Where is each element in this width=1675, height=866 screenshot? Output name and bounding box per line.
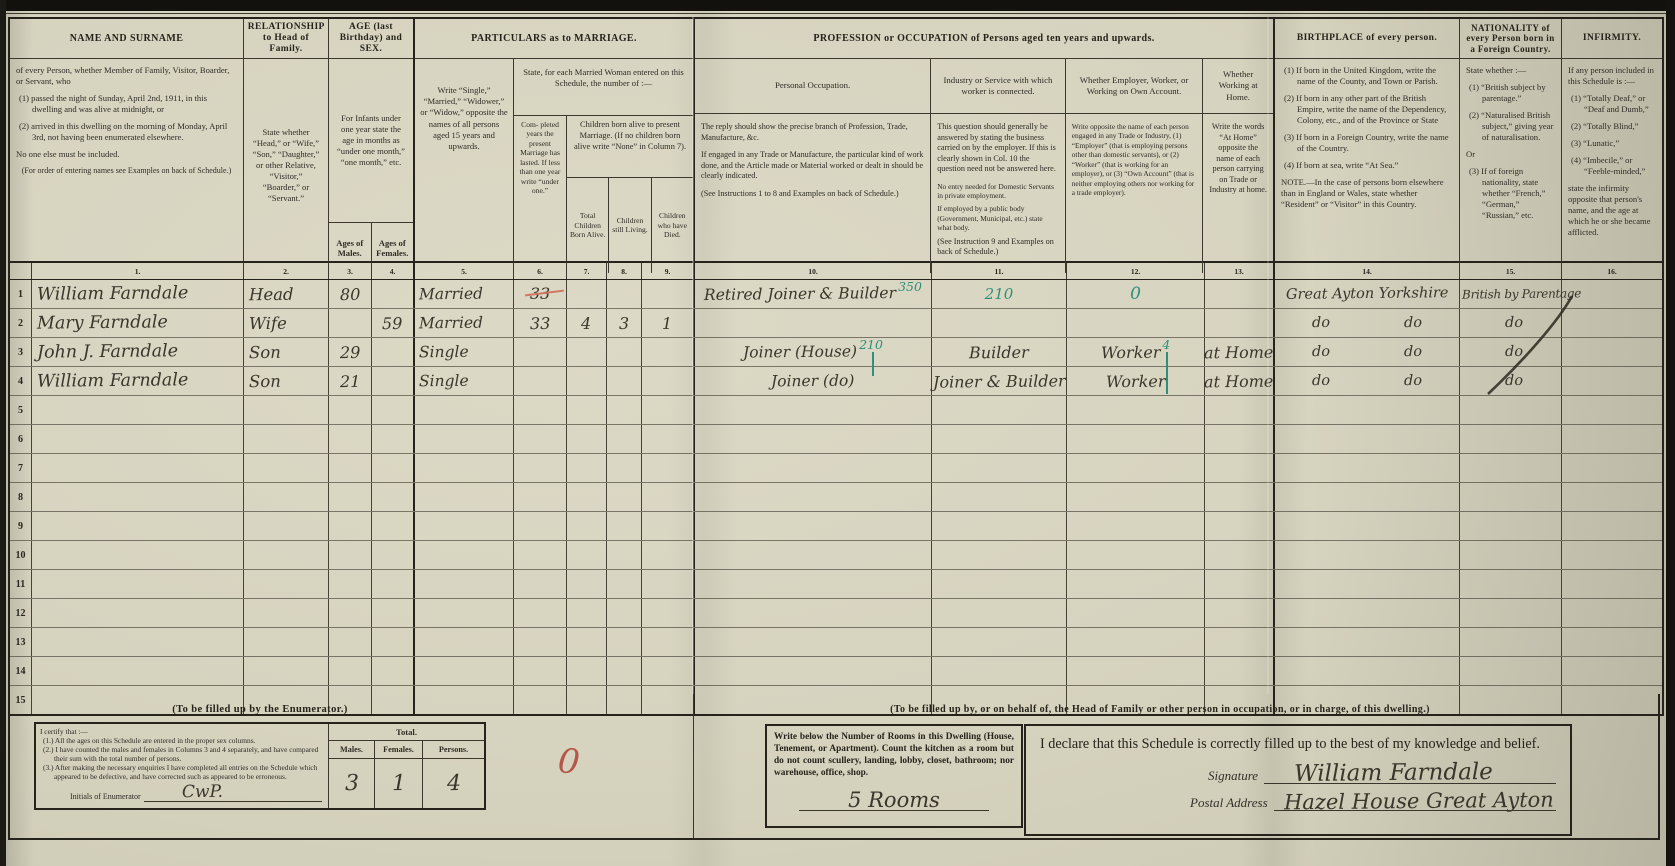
scan-edge-left bbox=[0, 0, 6, 866]
cell-infirmity bbox=[1562, 280, 1662, 308]
cell-years-married bbox=[514, 657, 567, 685]
relationship-title: RELATIONSHIP to Head of Family. bbox=[244, 19, 328, 59]
schedule-row-1: 1William FarndaleHead80Married33Retired … bbox=[10, 280, 1662, 309]
handwriting: 33 bbox=[530, 284, 550, 303]
married-woman-instructions: State, for each Married Woman entered on… bbox=[514, 59, 693, 115]
personal-occupation-label: Personal Occupation. bbox=[695, 59, 930, 114]
cell-name: Mary Farndale bbox=[32, 309, 244, 337]
handwriting: 21 bbox=[340, 371, 361, 390]
schedule-row-14: 14 bbox=[10, 657, 1662, 686]
census-schedule-scan: NAME AND SURNAME of every Person, whethe… bbox=[0, 0, 1675, 866]
marital-status-instructions: Write “Single,” “Married,” “Widower,” or… bbox=[415, 59, 514, 273]
initials-line: CwP. bbox=[144, 787, 322, 802]
cell-industry bbox=[932, 309, 1067, 337]
cell-occupation bbox=[695, 628, 932, 656]
cell-children-died bbox=[642, 657, 695, 685]
handwriting: Head bbox=[244, 284, 294, 304]
persons-label: Persons. bbox=[423, 741, 484, 758]
cell-age-females bbox=[372, 541, 415, 569]
cell-occupation: Retired Joiner & Builder350 bbox=[695, 280, 932, 308]
cell-age-males: 29 bbox=[329, 338, 372, 366]
cell-marital-status bbox=[415, 454, 514, 482]
row-number: 6 bbox=[10, 425, 32, 453]
cell-children-born bbox=[567, 367, 607, 395]
handwriting: Mary Farndale bbox=[32, 312, 168, 333]
cell-nationality bbox=[1460, 657, 1562, 685]
cell-children-died bbox=[642, 541, 695, 569]
cell-marital-status bbox=[415, 541, 514, 569]
cell-nationality bbox=[1460, 541, 1562, 569]
cell-nationality bbox=[1460, 570, 1562, 598]
handwriting: Wife bbox=[244, 313, 287, 332]
cell-infirmity bbox=[1562, 454, 1662, 482]
cell-employment-status bbox=[1067, 628, 1205, 656]
column-header-marriage: PARTICULARS as to MARRIAGE. Write “Singl… bbox=[415, 19, 695, 273]
marriage-subheaders: Write “Single,” “Married,” “Widower,” or… bbox=[415, 59, 693, 273]
signature-row: Signature William Farndale bbox=[1208, 767, 1556, 784]
handwriting: Joiner (House) bbox=[743, 342, 857, 361]
postal-address-label: Postal Address bbox=[1190, 795, 1268, 811]
schedule-row-9: 9 bbox=[10, 512, 1662, 541]
red-struck-value: 33 bbox=[530, 284, 550, 304]
cell-infirmity bbox=[1562, 396, 1662, 424]
column-header-occupation: PROFESSION or OCCUPATION of Persons aged… bbox=[695, 19, 1275, 273]
cell-children-died bbox=[642, 599, 695, 627]
industry-description: This question should generally be answer… bbox=[931, 114, 1065, 273]
cell-age-males bbox=[329, 454, 372, 482]
cell-birthplace bbox=[1275, 541, 1460, 569]
column-header-infirmity: INFIRMITY. If any person included in thi… bbox=[1562, 19, 1662, 273]
cell-age-females bbox=[372, 367, 415, 395]
cell-children-born: 4 bbox=[567, 309, 607, 337]
females-label: Females. bbox=[375, 741, 423, 758]
schedule-row-10: 10 bbox=[10, 541, 1662, 570]
cell-years-married bbox=[514, 570, 567, 598]
cell-relationship bbox=[244, 570, 329, 598]
cell-occupation bbox=[695, 483, 932, 511]
handwriting: Worker bbox=[1101, 342, 1161, 362]
schedule-row-13: 13 bbox=[10, 628, 1662, 657]
cell-name bbox=[32, 599, 244, 627]
handwriting: at Home bbox=[1204, 342, 1273, 362]
scan-edge-top bbox=[0, 0, 1675, 11]
employer-worker-label: Whether Employer, Worker, or Working on … bbox=[1066, 59, 1203, 114]
cell-relationship bbox=[244, 425, 329, 453]
cell-children-died: 1 bbox=[642, 309, 695, 337]
cell-children-living bbox=[607, 570, 642, 598]
handwriting: William Farndale bbox=[32, 370, 188, 392]
marriage-title: PARTICULARS as to MARRIAGE. bbox=[415, 19, 693, 59]
column-header-birthplace: BIRTHPLACE of every person. (1) If born … bbox=[1275, 19, 1460, 273]
ages-of-males-label: Ages of Males. bbox=[329, 223, 372, 273]
table-header: NAME AND SURNAME of every Person, whethe… bbox=[10, 19, 1662, 263]
table-body: 1William FarndaleHead80Married33Retired … bbox=[10, 280, 1662, 714]
cell-birthplace bbox=[1275, 512, 1460, 540]
handwriting: Joiner (do) bbox=[771, 372, 855, 391]
handwriting: Single bbox=[415, 343, 469, 362]
cell-years-married: 33 bbox=[514, 280, 567, 308]
cell-employment-status bbox=[1067, 657, 1205, 685]
cell-name bbox=[32, 541, 244, 569]
cell-children-born bbox=[567, 338, 607, 366]
enumerator-certification-text: I certify that :— (1.) All the ages on t… bbox=[36, 724, 329, 808]
cell-years-married bbox=[514, 512, 567, 540]
cell-age-males bbox=[329, 628, 372, 656]
cell-industry bbox=[932, 599, 1067, 627]
working-at-home-label: Whether Working at Home. bbox=[1203, 59, 1273, 114]
cell-nationality: do bbox=[1460, 338, 1562, 366]
cell-relationship: Head bbox=[244, 280, 329, 308]
cell-nationality: do bbox=[1460, 367, 1562, 395]
handwriting: 80 bbox=[340, 284, 361, 303]
personal-occupation-description: The reply should show the precise branch… bbox=[695, 114, 930, 273]
cell-children-born bbox=[567, 280, 607, 308]
cell-children-died bbox=[642, 570, 695, 598]
cell-children-born bbox=[567, 657, 607, 685]
cell-children-living bbox=[607, 280, 642, 308]
cell-name bbox=[32, 396, 244, 424]
cell-infirmity bbox=[1562, 338, 1662, 366]
cell-at-home bbox=[1205, 396, 1275, 424]
cell-relationship bbox=[244, 396, 329, 424]
column-header-nationality: NATIONALITY of every Person born in a Fo… bbox=[1460, 19, 1562, 273]
handwriting: Builder bbox=[969, 342, 1029, 362]
cell-children-living bbox=[607, 512, 642, 540]
row-number: 13 bbox=[10, 628, 32, 656]
handwriting: Single bbox=[415, 372, 469, 391]
name-title: NAME AND SURNAME bbox=[10, 19, 243, 59]
cell-employment-status bbox=[1067, 541, 1205, 569]
cell-relationship bbox=[244, 512, 329, 540]
cell-years-married bbox=[514, 541, 567, 569]
children-living-label: Children still Living. bbox=[609, 178, 651, 273]
cell-age-males bbox=[329, 309, 372, 337]
postal-address-handwriting: Hazel House Great Ayton bbox=[1284, 788, 1554, 815]
cell-employment-status bbox=[1067, 454, 1205, 482]
cell-children-living bbox=[607, 396, 642, 424]
handwriting: William Farndale bbox=[32, 283, 188, 305]
cell-age-females bbox=[372, 454, 415, 482]
males-label: Males. bbox=[329, 741, 375, 758]
cell-birthplace: Great Ayton Yorkshire bbox=[1275, 280, 1460, 308]
handwriting: Retired Joiner & Builder bbox=[704, 284, 896, 304]
enumerator-initials-handwriting: CwP. bbox=[182, 782, 223, 803]
column-header-name: NAME AND SURNAME of every Person, whethe… bbox=[10, 19, 244, 273]
cell-at-home bbox=[1205, 570, 1275, 598]
row-number: 11 bbox=[10, 570, 32, 598]
row-number: 12 bbox=[10, 599, 32, 627]
cell-occupation bbox=[695, 512, 932, 540]
cell-years-married bbox=[514, 599, 567, 627]
cell-children-living bbox=[607, 628, 642, 656]
cell-age-males bbox=[329, 599, 372, 627]
cell-children-born bbox=[567, 425, 607, 453]
handwriting: do bbox=[1312, 344, 1330, 360]
cell-age-females bbox=[372, 657, 415, 685]
cell-years-married bbox=[514, 367, 567, 395]
cell-infirmity bbox=[1562, 309, 1662, 337]
cell-infirmity bbox=[1562, 541, 1662, 569]
handwriting: Married bbox=[415, 285, 483, 304]
initials-label: Initials of Enumerator bbox=[70, 792, 141, 802]
row-number: 5 bbox=[10, 396, 32, 424]
cell-children-died bbox=[642, 628, 695, 656]
cell-at-home bbox=[1205, 541, 1275, 569]
cell-employment-status bbox=[1067, 396, 1205, 424]
handwriting: do bbox=[1312, 315, 1330, 331]
signature-handwriting: William Farndale bbox=[1294, 759, 1493, 787]
cell-nationality bbox=[1460, 454, 1562, 482]
relationship-description: State whether “Head,” or “Wife,” “Son,” … bbox=[244, 59, 328, 273]
cell-occupation bbox=[695, 599, 932, 627]
row-number: 1 bbox=[10, 280, 32, 308]
signature-line: William Farndale bbox=[1264, 767, 1556, 784]
handwriting: Great Ayton Yorkshire bbox=[1286, 285, 1449, 303]
postal-address-line: Hazel House Great Ayton bbox=[1274, 794, 1556, 811]
bottom-panel: (To be filled up by the Enumerator.) (To… bbox=[8, 694, 1660, 840]
cell-infirmity bbox=[1562, 599, 1662, 627]
infirmity-title: INFIRMITY. bbox=[1562, 19, 1662, 59]
cell-age-females bbox=[372, 628, 415, 656]
cell-marital-status bbox=[415, 483, 514, 511]
cell-at-home bbox=[1205, 280, 1275, 308]
cell-name: William Farndale bbox=[32, 280, 244, 308]
cell-employment-status: 0 bbox=[1067, 280, 1205, 308]
cell-employment-status: Worker bbox=[1067, 367, 1205, 395]
cell-children-born bbox=[567, 599, 607, 627]
cell-marital-status bbox=[415, 512, 514, 540]
cell-years-married bbox=[514, 338, 567, 366]
handwriting: do bbox=[1497, 373, 1523, 389]
cell-birthplace bbox=[1275, 454, 1460, 482]
rooms-box: Write below the Number of Rooms in this … bbox=[765, 724, 1023, 828]
years-married-label: Com- pleted years the present Marriage h… bbox=[514, 116, 567, 273]
enumerator-certification-box: I certify that :— (1.) All the ages on t… bbox=[34, 722, 486, 810]
cell-industry bbox=[932, 541, 1067, 569]
cell-marital-status: Married bbox=[415, 309, 514, 337]
green-annotation: 0 bbox=[1130, 284, 1141, 304]
males-total: 3 bbox=[329, 759, 375, 808]
cell-marital-status bbox=[415, 570, 514, 598]
birthplace-title: BIRTHPLACE of every person. bbox=[1275, 19, 1459, 59]
handwriting: do bbox=[1404, 315, 1422, 331]
cell-name: William Farndale bbox=[32, 367, 244, 395]
cell-employment-status bbox=[1067, 425, 1205, 453]
handwriting: at Home bbox=[1204, 371, 1273, 391]
cell-children-died bbox=[642, 483, 695, 511]
cell-infirmity bbox=[1562, 483, 1662, 511]
schedule-row-2: 2Mary FarndaleWife59Married33431dododo bbox=[10, 309, 1662, 338]
cell-age-females bbox=[372, 338, 415, 366]
handwriting: Son bbox=[244, 371, 281, 390]
employer-worker-description: Write opposite the name of each person e… bbox=[1066, 114, 1203, 273]
bottom-panel-divider bbox=[693, 694, 694, 838]
cell-infirmity bbox=[1562, 367, 1662, 395]
cell-industry bbox=[932, 628, 1067, 656]
row-number: 7 bbox=[10, 454, 32, 482]
cell-birthplace: dodo bbox=[1275, 367, 1460, 395]
cell-nationality bbox=[1460, 628, 1562, 656]
cell-relationship: Son bbox=[244, 338, 329, 366]
cell-occupation bbox=[695, 541, 932, 569]
cell-age-males bbox=[329, 541, 372, 569]
row-number: 10 bbox=[10, 541, 32, 569]
cell-children-died bbox=[642, 338, 695, 366]
age-description: For Infants under one year state the age… bbox=[329, 59, 413, 222]
cell-industry bbox=[932, 483, 1067, 511]
cell-nationality: do bbox=[1460, 309, 1562, 337]
green-annotation: 210 bbox=[985, 285, 1014, 303]
cell-relationship: Wife bbox=[244, 309, 329, 337]
row-number: 9 bbox=[10, 512, 32, 540]
postal-address-row: Postal Address Hazel House Great Ayton bbox=[1190, 794, 1556, 811]
total-label: Total. bbox=[329, 724, 484, 741]
cell-employment-status bbox=[1067, 570, 1205, 598]
handwriting: 59 bbox=[382, 313, 403, 332]
cell-years-married bbox=[514, 454, 567, 482]
cell-birthplace: dodo bbox=[1275, 309, 1460, 337]
row-number: 14 bbox=[10, 657, 32, 685]
cell-infirmity bbox=[1562, 570, 1662, 598]
totals-table: Total. Males. Females. Persons. 3 1 4 bbox=[329, 724, 484, 808]
rooms-handwriting: 5 Rooms bbox=[848, 788, 940, 812]
cell-children-born bbox=[567, 483, 607, 511]
cell-years-married: 33 bbox=[514, 309, 567, 337]
cell-infirmity bbox=[1562, 425, 1662, 453]
cell-age-females: 59 bbox=[372, 309, 415, 337]
infirmity-description: If any person included in this Schedule … bbox=[1562, 59, 1662, 273]
cell-marital-status bbox=[415, 657, 514, 685]
cell-birthplace bbox=[1275, 425, 1460, 453]
cell-relationship bbox=[244, 628, 329, 656]
cell-nationality bbox=[1460, 512, 1562, 540]
cell-at-home bbox=[1205, 512, 1275, 540]
cell-occupation bbox=[695, 570, 932, 598]
cell-age-males: 80 bbox=[329, 280, 372, 308]
cell-children-died bbox=[642, 396, 695, 424]
cell-nationality bbox=[1460, 396, 1562, 424]
handwriting: 33 bbox=[530, 313, 551, 332]
green-annotation: 210 bbox=[859, 337, 883, 352]
cell-birthplace: dodo bbox=[1275, 338, 1460, 366]
cell-birthplace bbox=[1275, 570, 1460, 598]
cell-children-died bbox=[642, 280, 695, 308]
cell-children-living bbox=[607, 454, 642, 482]
nationality-description: State whether :— (1) “British subject by… bbox=[1460, 59, 1561, 273]
cell-employment-status bbox=[1067, 599, 1205, 627]
cell-at-home bbox=[1205, 454, 1275, 482]
cell-occupation bbox=[695, 396, 932, 424]
cell-relationship bbox=[244, 483, 329, 511]
signature-label: Signature bbox=[1208, 768, 1258, 784]
cell-age-males bbox=[329, 483, 372, 511]
cell-employment-status bbox=[1067, 512, 1205, 540]
cell-age-males bbox=[329, 570, 372, 598]
cell-birthplace bbox=[1275, 657, 1460, 685]
cell-relationship: Son bbox=[244, 367, 329, 395]
cell-children-living bbox=[607, 541, 642, 569]
handwriting: do bbox=[1497, 344, 1523, 360]
cell-occupation bbox=[695, 454, 932, 482]
handwriting: Married bbox=[415, 314, 483, 333]
cell-children-living bbox=[607, 367, 642, 395]
cell-relationship bbox=[244, 657, 329, 685]
red-annotation-zero: 0 bbox=[556, 741, 582, 783]
cell-industry bbox=[932, 512, 1067, 540]
cell-name bbox=[32, 628, 244, 656]
rooms-instructions: Write below the Number of Rooms in this … bbox=[774, 731, 1014, 779]
children-died-label: Children who have Died. bbox=[652, 178, 693, 273]
row-number: 3 bbox=[10, 338, 32, 366]
cell-years-married bbox=[514, 396, 567, 424]
cell-birthplace bbox=[1275, 599, 1460, 627]
cell-children-died bbox=[642, 454, 695, 482]
enumerator-section-heading: (To be filled up by the Enumerator.) bbox=[50, 704, 470, 715]
cell-age-males bbox=[329, 425, 372, 453]
cell-age-females bbox=[372, 396, 415, 424]
industry-label: Industry or Service with which worker is… bbox=[931, 59, 1065, 114]
cell-at-home: at Home bbox=[1205, 367, 1275, 395]
cell-children-born bbox=[567, 454, 607, 482]
cell-industry bbox=[932, 657, 1067, 685]
enumerator-initials-row: Initials of Enumerator CwP. bbox=[70, 787, 322, 802]
nationality-title: NATIONALITY of every Person born in a Fo… bbox=[1460, 19, 1561, 59]
handwriting: 1 bbox=[662, 313, 672, 332]
cell-children-living bbox=[607, 483, 642, 511]
top-rule bbox=[6, 13, 1666, 14]
row-number: 8 bbox=[10, 483, 32, 511]
schedule-row-7: 7 bbox=[10, 454, 1662, 483]
cell-nationality: British by Parentage bbox=[1460, 280, 1562, 308]
handwriting: 3 bbox=[619, 313, 629, 332]
column-header-age: AGE (last Birthday) and SEX. For Infants… bbox=[329, 19, 415, 273]
handwriting: do bbox=[1404, 373, 1422, 389]
cell-age-males bbox=[329, 657, 372, 685]
cell-name bbox=[32, 657, 244, 685]
cell-industry: Joiner & Builder bbox=[932, 367, 1067, 395]
handwriting: Worker bbox=[1106, 371, 1166, 391]
cell-children-living: 3 bbox=[607, 309, 642, 337]
cell-children-born bbox=[567, 396, 607, 424]
cell-age-males bbox=[329, 512, 372, 540]
cell-occupation bbox=[695, 425, 932, 453]
cell-birthplace bbox=[1275, 396, 1460, 424]
cell-name bbox=[32, 512, 244, 540]
cell-at-home bbox=[1205, 599, 1275, 627]
rooms-entry-line: 5 Rooms bbox=[799, 786, 989, 811]
cell-age-females bbox=[372, 280, 415, 308]
children-born-label: Total Children Born Alive. bbox=[567, 178, 609, 273]
handwriting: 29 bbox=[340, 342, 361, 361]
working-at-home-description: Write the words “At Home” opposite the n… bbox=[1203, 114, 1273, 273]
cell-age-females bbox=[372, 599, 415, 627]
cell-at-home bbox=[1205, 657, 1275, 685]
column-header-relationship: RELATIONSHIP to Head of Family. State wh… bbox=[244, 19, 329, 273]
cell-occupation: Joiner (House)210 bbox=[695, 338, 932, 366]
age-title: AGE (last Birthday) and SEX. bbox=[329, 19, 413, 59]
scan-edge-right bbox=[1666, 0, 1675, 866]
schedule-row-12: 12 bbox=[10, 599, 1662, 628]
cell-nationality bbox=[1460, 483, 1562, 511]
cell-infirmity bbox=[1562, 628, 1662, 656]
cell-years-married bbox=[514, 628, 567, 656]
green-annotation: 4 bbox=[1162, 337, 1170, 352]
name-description: of every Person, whether Member of Famil… bbox=[10, 59, 243, 273]
handwriting: John J. Farndale bbox=[32, 341, 178, 363]
cell-children-died bbox=[642, 367, 695, 395]
children-born-header: Children born alive to present Marriage.… bbox=[567, 116, 693, 178]
cell-marital-status bbox=[415, 599, 514, 627]
